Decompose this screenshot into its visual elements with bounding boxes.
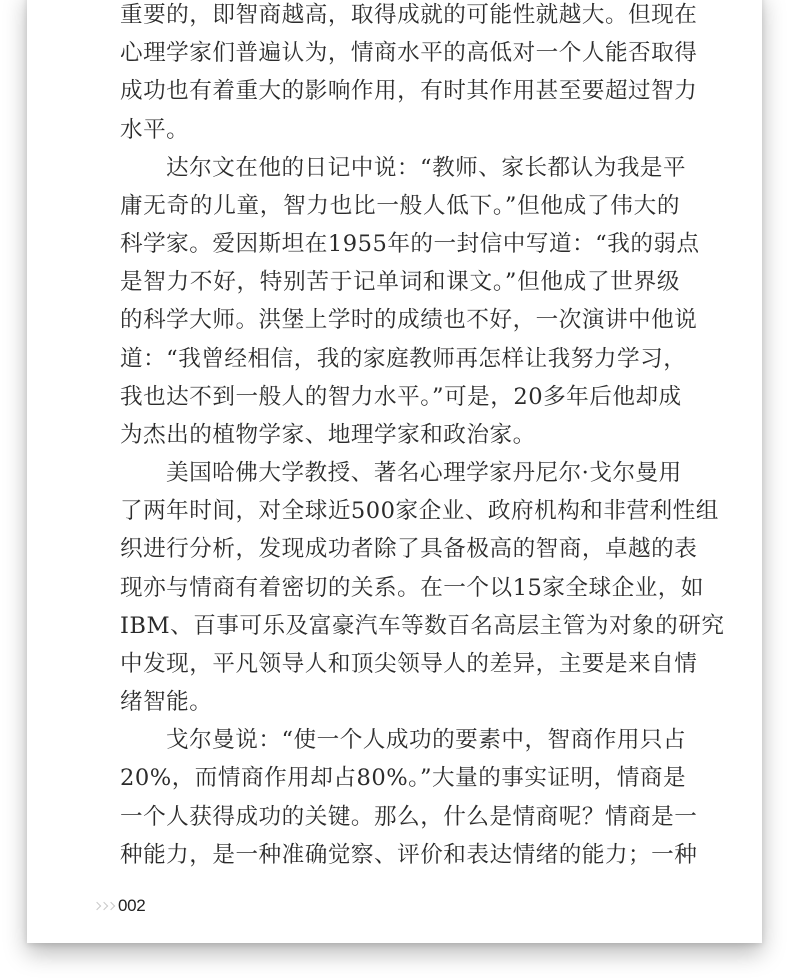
text-line: 的科学大师。洪堡上学时的成绩也不好，一次演讲中他说 xyxy=(120,301,680,339)
text-line: 现亦与情商有着密切的关系。在一个以15家全球企业，如 xyxy=(120,569,680,607)
text-line: 成功也有着重大的影响作用，有时其作用甚至要超过智力 xyxy=(120,72,680,110)
text-line: 绪智能。 xyxy=(120,683,680,721)
chevron-right-icon xyxy=(107,902,115,910)
text-line: 道：“我曾经相信，我的家庭教师再怎样让我努力学习， xyxy=(120,340,680,378)
text-line: 是智力不好，特别苦于记单词和课文。”但他成了世界级 xyxy=(120,263,680,301)
text-line: 中发现，平凡领导人和顶尖领导人的差异，主要是来自情 xyxy=(120,645,680,683)
text-line: IBM、百事可乐及富豪汽车等数百名高层主管为对象的研究 xyxy=(120,607,680,645)
text-line: 庸无奇的儿童，智力也比一般人低下。”但他成了伟大的 xyxy=(120,187,680,225)
body-text: 重要的，即智商越高，取得成就的可能性就越大。但现在 心理学家们普遍认为，情商水平… xyxy=(120,0,680,874)
text-line: 了两年时间，对全球近500家企业、政府机构和非营利性组 xyxy=(120,492,680,530)
text-line: 重要的，即智商越高，取得成就的可能性就越大。但现在 xyxy=(120,0,680,34)
page-number: 002 xyxy=(118,896,145,916)
book-page: 重要的，即智商越高，取得成就的可能性就越大。但现在 心理学家们普遍认为，情商水平… xyxy=(27,0,762,943)
text-line: 科学家。爱因斯坦在1955年的一封信中写道：“我的弱点 xyxy=(120,225,680,263)
text-line: 20%，而情商作用却占80%。”大量的事实证明，情商是 xyxy=(120,759,680,797)
text-line: 一个人获得成功的关键。那么，什么是情商呢？情商是一 xyxy=(120,798,680,836)
text-line: 美国哈佛大学教授、著名心理学家丹尼尔·戈尔曼用 xyxy=(120,454,680,492)
page-footer: 002 xyxy=(94,894,145,918)
text-line: 水平。 xyxy=(120,111,680,149)
text-line: 戈尔曼说：“使一个人成功的要素中，智商作用只占 xyxy=(120,721,680,759)
triple-chevron-right-icon xyxy=(94,903,115,909)
text-line: 达尔文在他的日记中说：“教师、家长都认为我是平 xyxy=(120,149,680,187)
text-line: 种能力，是一种准确觉察、评价和表达情绪的能力；一种 xyxy=(120,836,680,874)
text-line: 为杰出的植物学家、地理学家和政治家。 xyxy=(120,416,680,454)
text-line: 我也达不到一般人的智力水平。”可是，20多年后他却成 xyxy=(120,378,680,416)
text-line: 心理学家们普遍认为，情商水平的高低对一个人能否取得 xyxy=(120,34,680,72)
text-line: 织进行分析，发现成功者除了具备极高的智商，卓越的表 xyxy=(120,530,680,568)
